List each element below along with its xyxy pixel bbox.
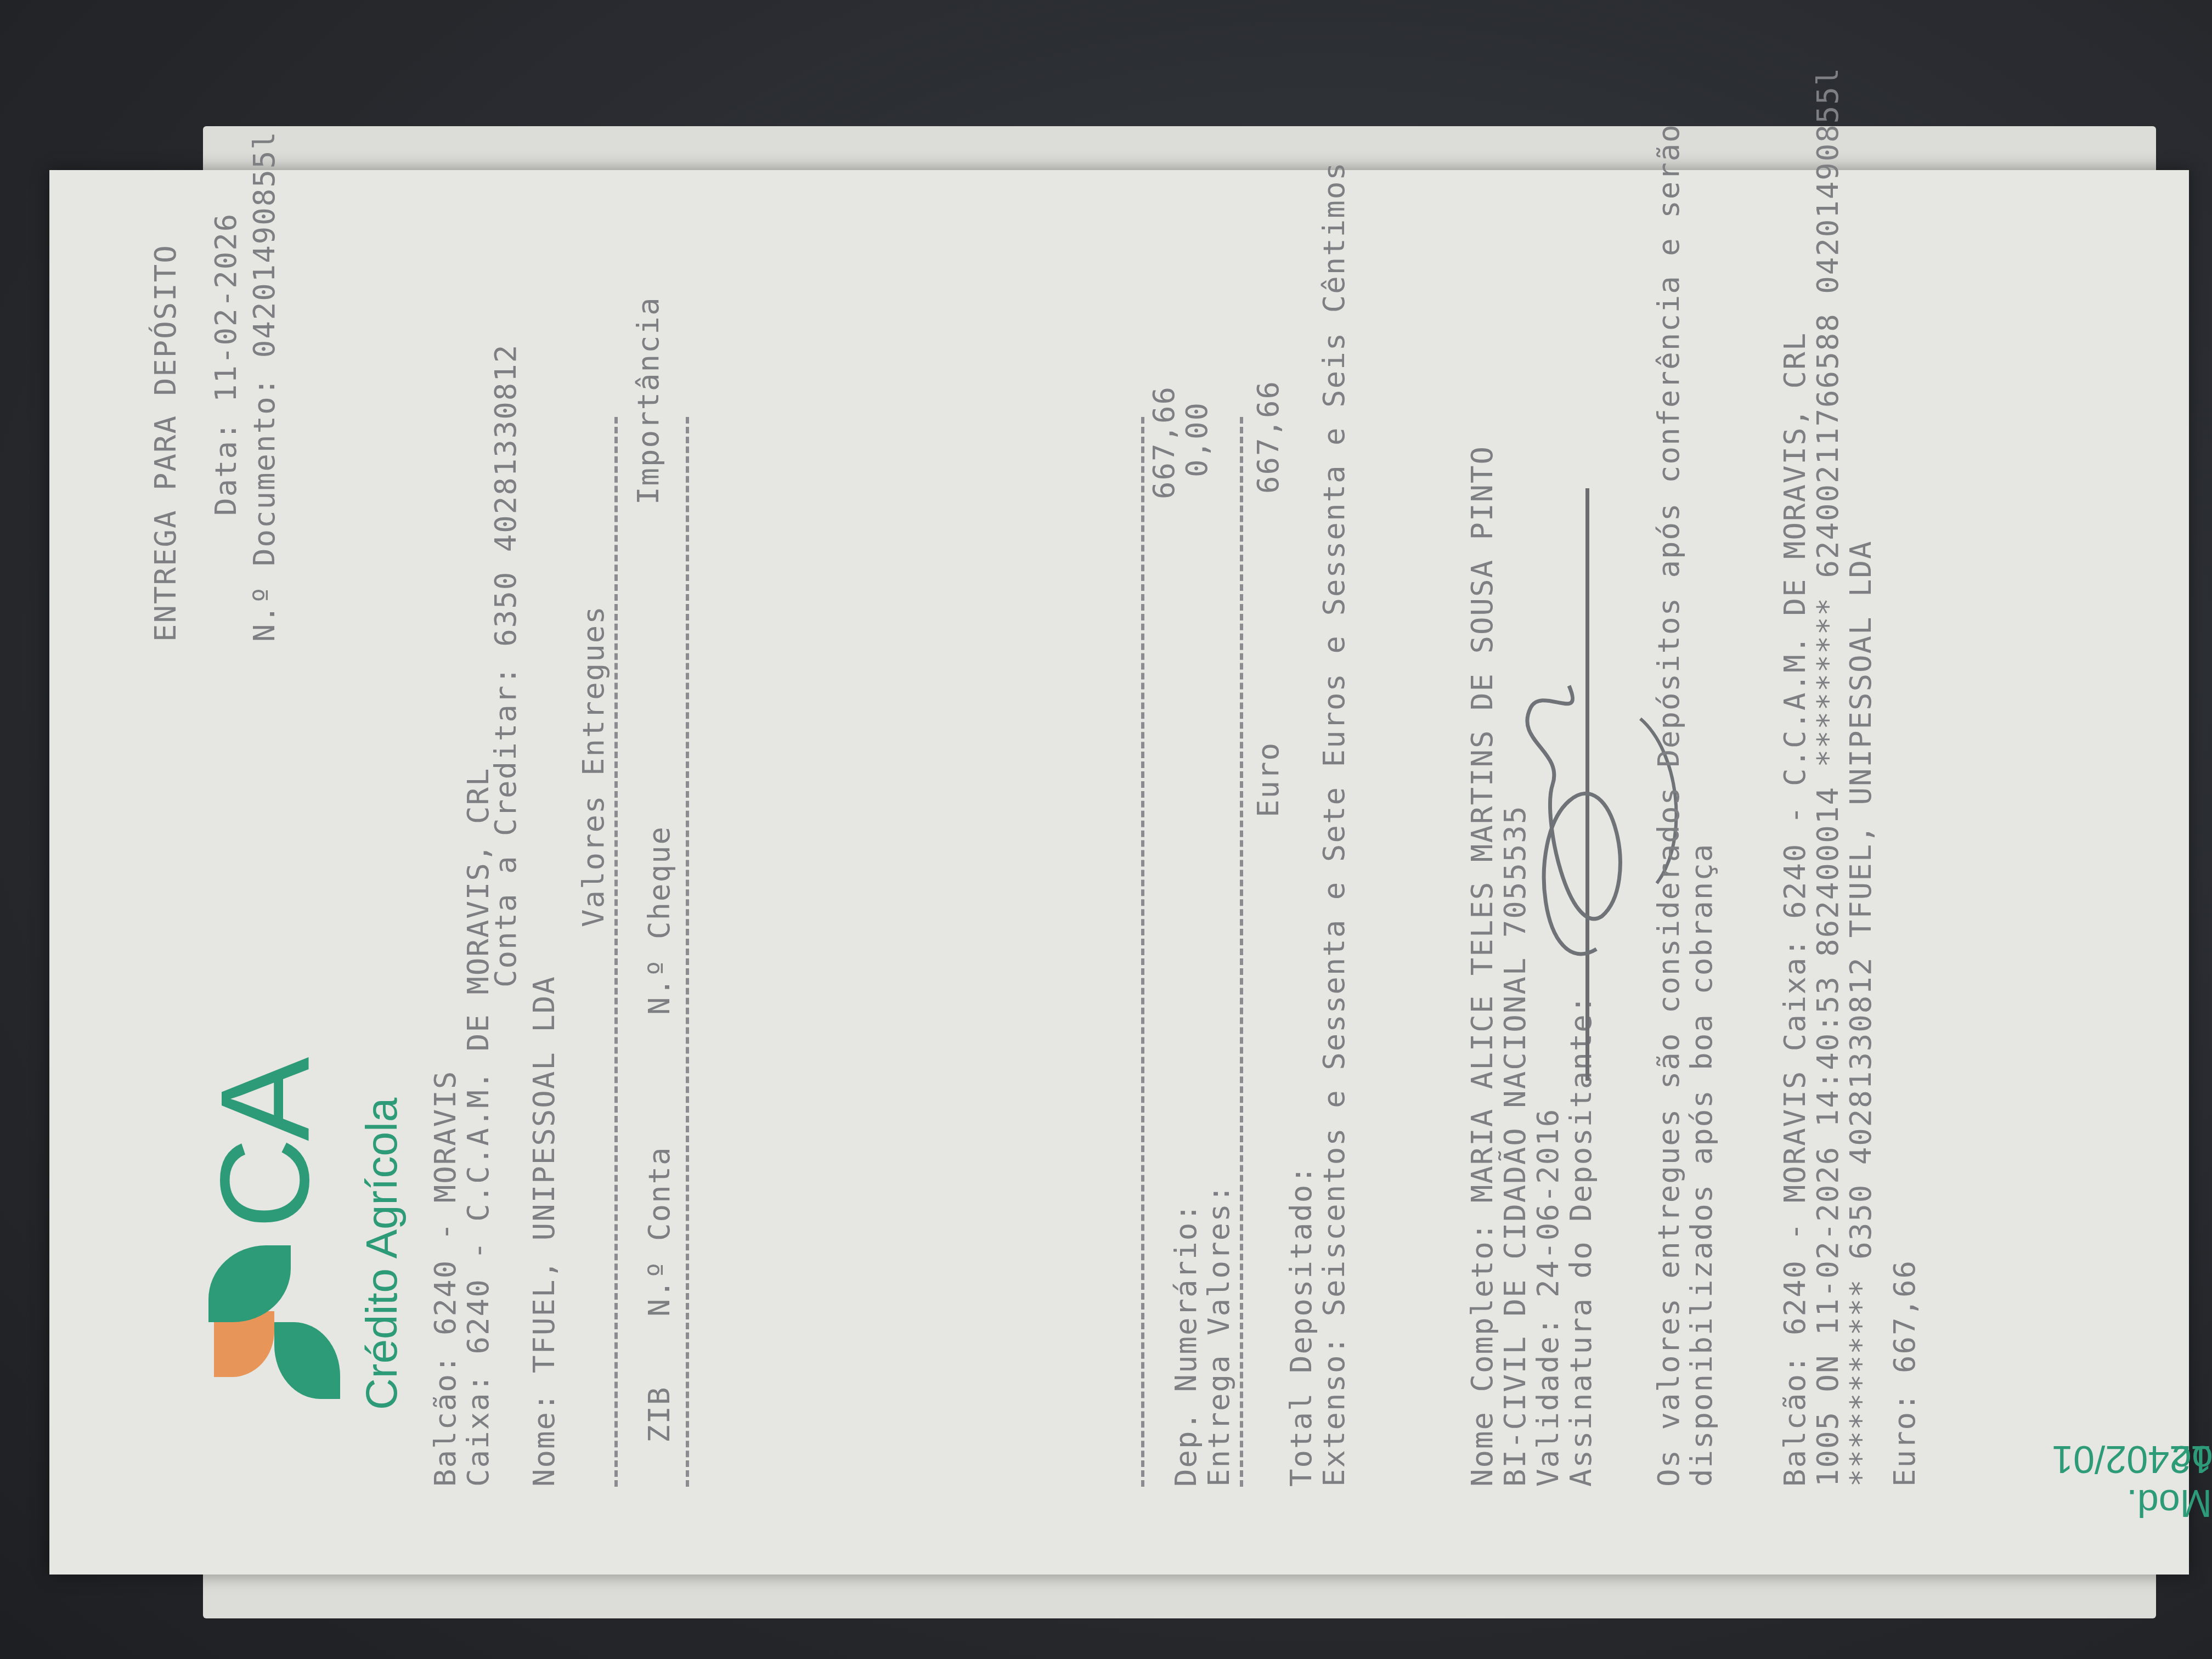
date-field: Data: 11-02-2026 xyxy=(208,213,243,516)
extenso-value: Seiscentos e Sessenta e Sete Euros e Ses… xyxy=(1317,161,1351,1316)
extenso-field: Extenso: Seiscentos e Sessenta e Sete Eu… xyxy=(1317,161,1351,1487)
column-conta: N.º Conta xyxy=(642,1146,676,1317)
total-depositado-value: 667,66 xyxy=(1251,380,1285,494)
doc-number-field: N.º Documento: 04201490855l xyxy=(247,131,281,642)
column-importancia: Importância xyxy=(631,296,665,505)
doc-number-label: N.º Documento: xyxy=(247,377,281,642)
extenso-label: Extenso: xyxy=(1317,1335,1351,1487)
entrega-valores-value: 0,00 xyxy=(1180,402,1214,477)
footer-line-4: Euro: 667,66 xyxy=(1887,1260,1922,1487)
nome-label: Nome: xyxy=(527,1392,561,1487)
disclaimer-line-1: Os valores entregues são considerados De… xyxy=(1651,123,1686,1487)
logo-leaf-green-bottom-icon xyxy=(274,1322,340,1399)
dep-numerario-label: Dep. Numerário: xyxy=(1169,1203,1203,1487)
deposit-slip: CA Crédito Agrícola ENTREGA PARA DEPÓSIT… xyxy=(49,170,2189,1575)
validade-field: Validade: 24-06-2016 xyxy=(1531,1108,1565,1487)
logo-ca-text: CA xyxy=(192,1060,337,1229)
disclaimer-line-2: disponibilizados após boa cobrança xyxy=(1684,843,1719,1487)
currency-label: Euro xyxy=(1251,742,1285,817)
nome-completo-label: Nome Completo: xyxy=(1465,1222,1499,1487)
column-zib: ZIB xyxy=(642,1386,676,1443)
nome-field: Nome: TFUEL, UNIPESSOAL LDA xyxy=(527,975,561,1487)
conta-label: Conta a Creditar: xyxy=(488,665,523,988)
nome-value: TFUEL, UNIPESSOAL LDA xyxy=(527,975,561,1373)
table-top-divider xyxy=(614,417,618,1487)
footer-line-2: 1005 ON 11-02-2026 14:40:53 862400014 **… xyxy=(1810,67,1845,1487)
doc-number-value: 04201490855l xyxy=(247,131,281,358)
footer-line-1: Balcão: 6240 - MORAVIS Caixa: 6240 - C.C… xyxy=(1778,332,1812,1487)
totals-bottom-divider xyxy=(1240,417,1243,1487)
valores-table-title: Valores Entregues xyxy=(576,605,611,927)
dep-numerario-value: 667,66 xyxy=(1147,386,1181,499)
conta-creditar-field: Conta a Creditar: 6350 40281330812 xyxy=(488,344,523,988)
assinatura-label: Assinatura do Depositante: xyxy=(1564,995,1598,1487)
slip-title: ENTREGA PARA DEPÓSITO xyxy=(148,244,183,642)
date-label: Data: xyxy=(208,421,243,516)
logo-leaf-green-top-icon xyxy=(208,1245,291,1322)
footer-line-3: *********** 6350 40281330812 TFUEL, UNIP… xyxy=(1843,540,1878,1487)
date-value: 11-02-2026 xyxy=(208,213,243,402)
balcao-label: Balcão: xyxy=(428,1354,462,1487)
caixa-label: Caixa: xyxy=(461,1373,495,1487)
conta-value: 6350 40281330812 xyxy=(488,344,523,647)
bank-brand-name: Crédito Agrícola xyxy=(357,1098,407,1410)
form-model-partial-label: Moc xyxy=(2172,1437,2212,1481)
entrega-valores-label: Entrega Valores: xyxy=(1201,1184,1236,1487)
column-cheque: N.º Cheque xyxy=(642,826,676,1015)
validade-value: 24-06-2016 xyxy=(1531,1108,1565,1297)
bank-logo: CA xyxy=(192,916,357,1410)
balcao-field: Balcão: 6240 - MORAVIS xyxy=(428,1070,462,1487)
table-header-divider xyxy=(686,417,689,1487)
totals-top-divider xyxy=(1141,417,1144,1487)
validade-label: Validade: xyxy=(1531,1316,1565,1487)
balcao-value: 6240 - MORAVIS xyxy=(428,1070,462,1335)
total-depositado-label: Total Depositado: xyxy=(1284,1165,1318,1487)
